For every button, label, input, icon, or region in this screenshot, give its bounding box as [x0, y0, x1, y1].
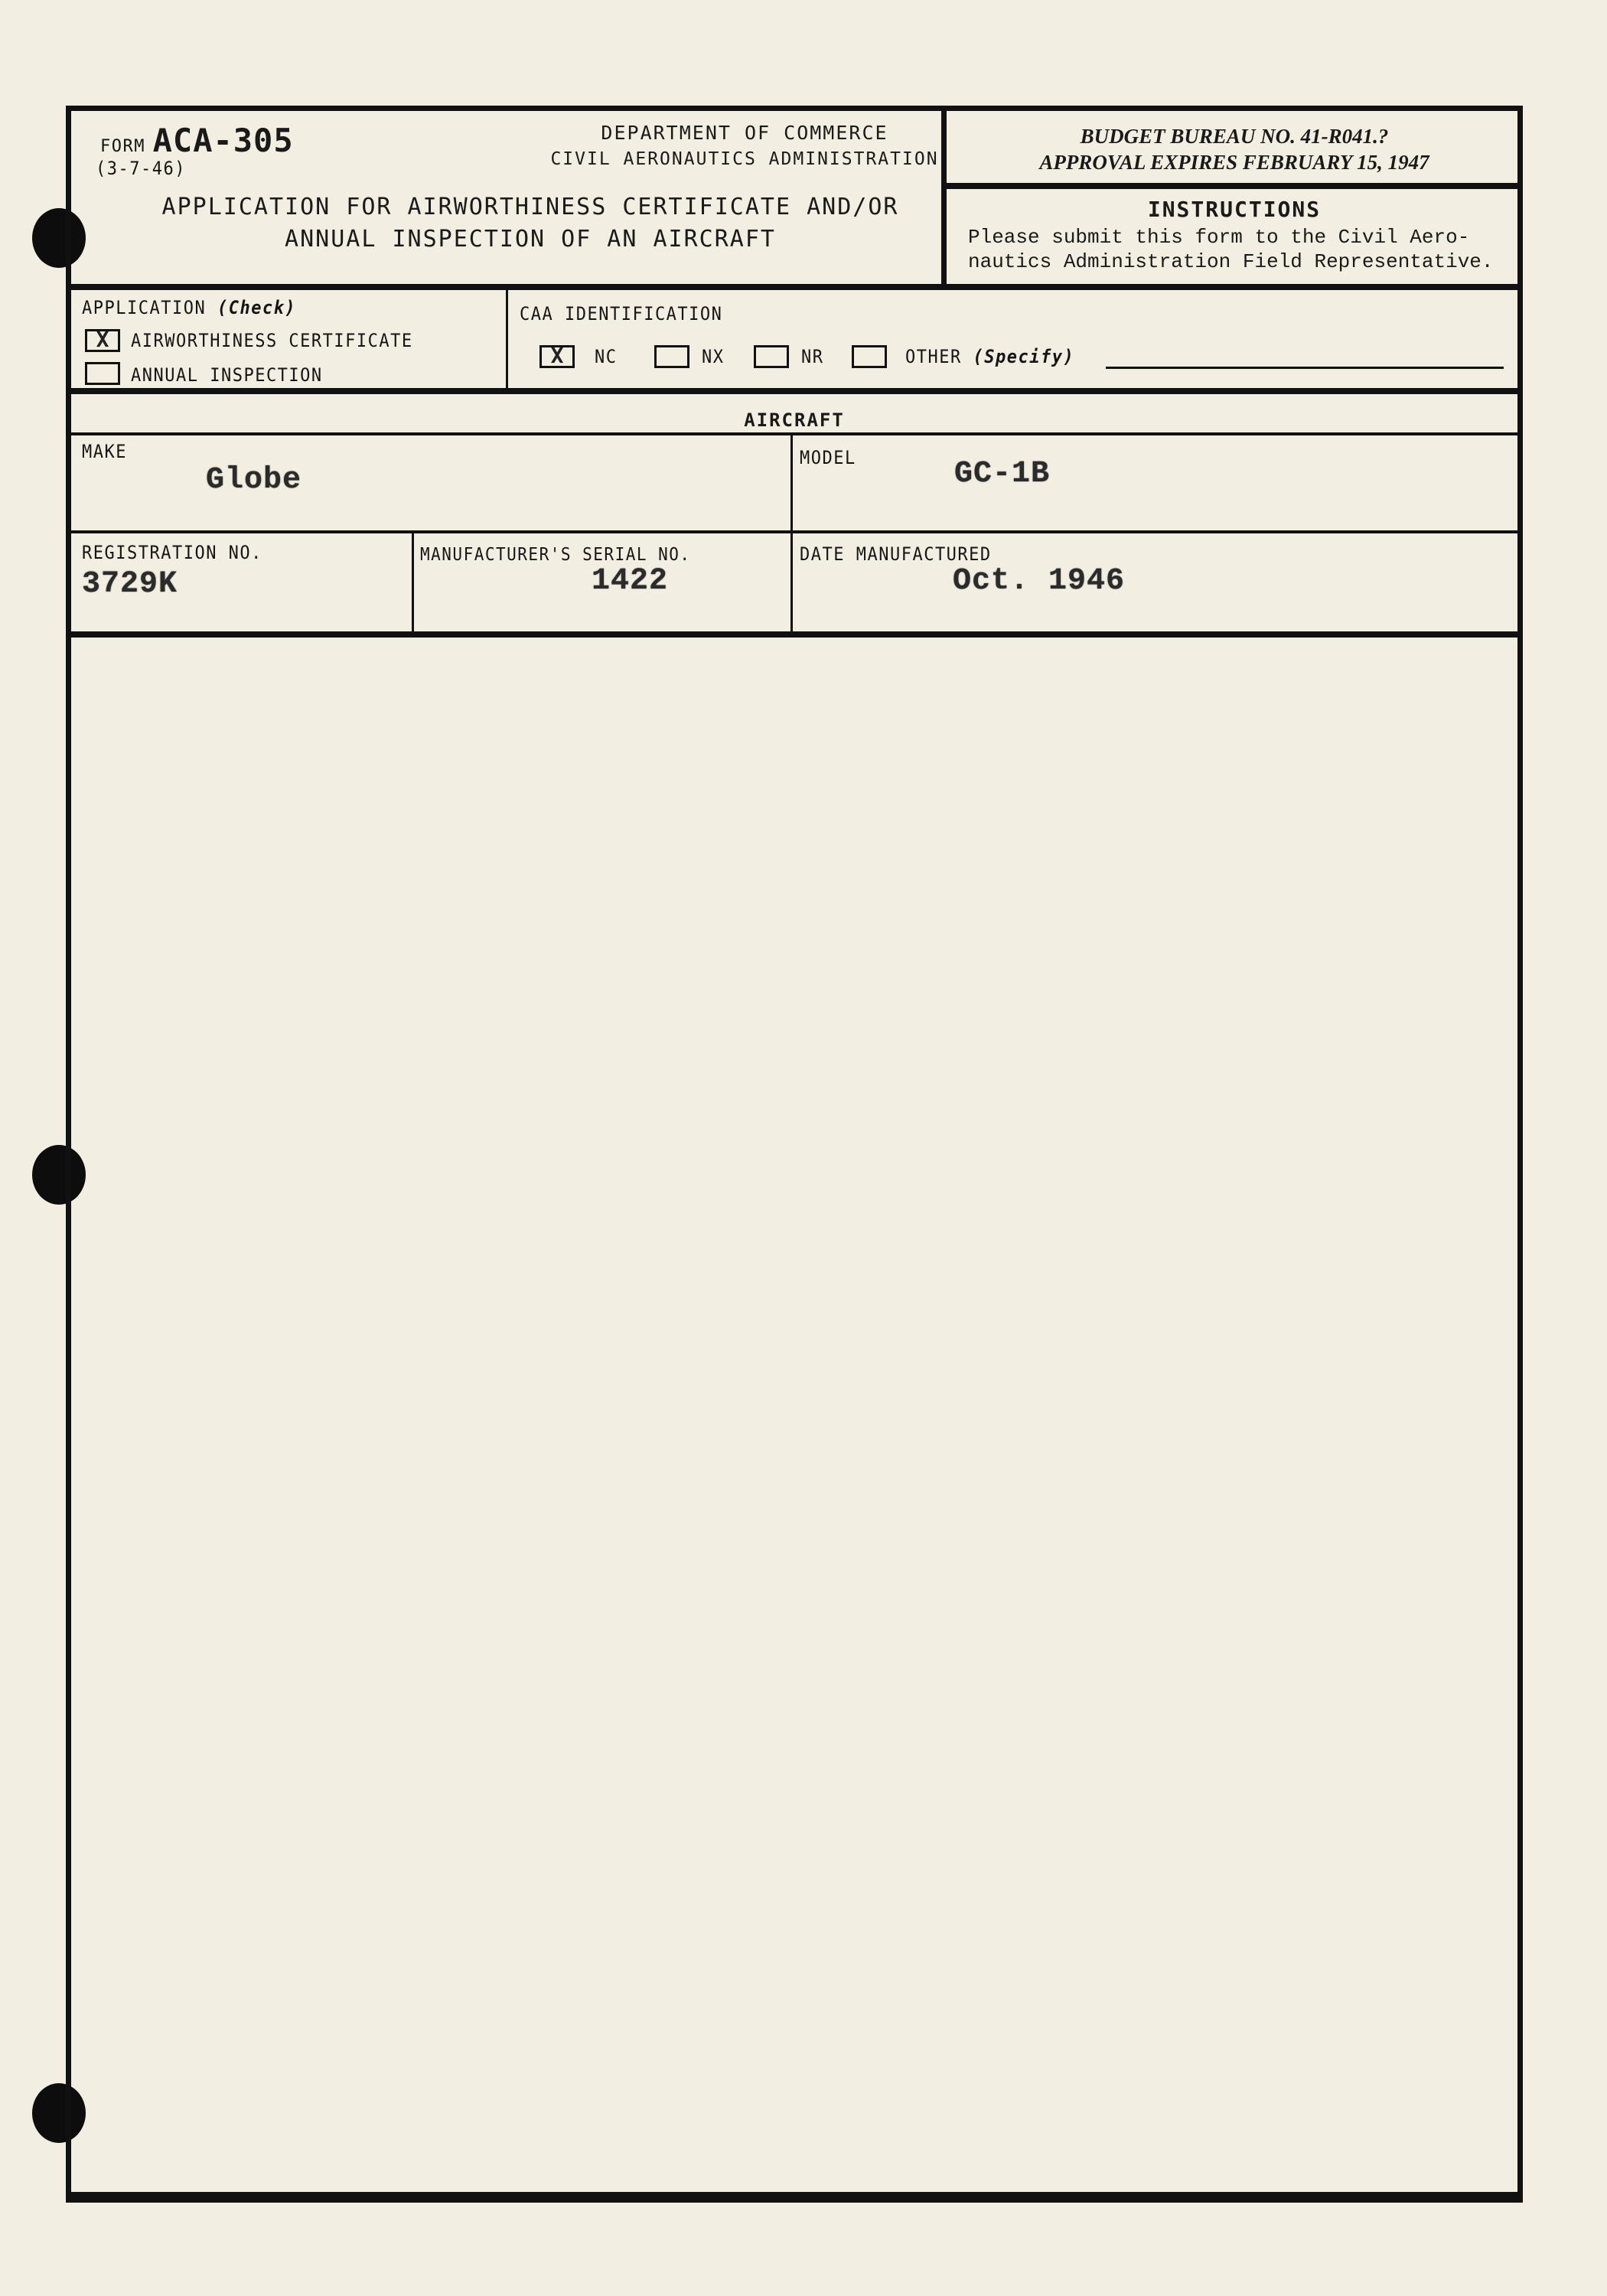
aircraft-make-value: Globe: [206, 463, 302, 497]
document-page: FORM ACA-305 (3-7-46) DEPARTMENT OF COMM…: [0, 0, 1607, 2296]
date-manufactured-value: Oct. 1946: [953, 564, 1125, 598]
registration-no-value: 3729K: [82, 567, 178, 602]
divider: [941, 111, 947, 289]
form-date: (3-7-46): [96, 158, 186, 180]
approval-expires: APPROVAL EXPIRES FEBRUARY 15, 1947: [951, 151, 1517, 174]
instructions-title: INSTRUCTIONS: [951, 197, 1517, 222]
annual-inspection-label: ANNUAL INSPECTION: [131, 365, 323, 386]
airworthiness-certificate-label: AIRWORTHINESS CERTIFICATE: [131, 331, 413, 352]
form-title-line2: ANNUAL INSPECTION OF AN AIRCRAFT: [117, 226, 944, 253]
annual-inspection-checkbox[interactable]: [85, 362, 120, 385]
other-label: OTHER (Specify): [905, 347, 1074, 368]
nr-checkbox[interactable]: [754, 345, 789, 368]
registration-no-label: REGISTRATION NO.: [82, 543, 262, 564]
divider: [71, 530, 1517, 533]
application-label: APPLICATION (Check): [82, 298, 296, 319]
divider: [71, 388, 1517, 394]
aircraft-model-value: GC-1B: [954, 457, 1050, 491]
form-id: FORM ACA-305: [100, 122, 294, 159]
nc-label: NC: [595, 347, 618, 368]
budget-bureau-no: BUDGET BUREAU NO. 41-R041.?: [951, 125, 1517, 148]
manufacturer-serial-label: MANUFACTURER'S SERIAL NO.: [420, 544, 691, 564]
caa-identification-label: CAA IDENTIFICATION: [520, 304, 722, 325]
agency: CIVIL AERONAUTICS ADMINISTRATION: [530, 149, 959, 169]
manufacturer-serial-value: 1422: [592, 564, 668, 598]
aircraft-make-label: MAKE: [82, 442, 127, 463]
other-checkbox[interactable]: [852, 345, 887, 368]
instructions-line1: Please submit this form to the Civil Aer…: [968, 226, 1469, 249]
nx-checkbox[interactable]: [654, 345, 689, 368]
nx-label: NX: [702, 347, 725, 368]
airworthiness-certificate-checkbox[interactable]: [85, 329, 120, 352]
divider: [71, 432, 1517, 435]
aircraft-section-title: AIRCRAFT: [71, 409, 1517, 431]
divider: [412, 530, 414, 634]
nr-label: NR: [801, 347, 824, 368]
form-number: ACA-305: [153, 122, 294, 159]
form-title-line1: APPLICATION FOR AIRWORTHINESS CERTIFICAT…: [117, 194, 944, 220]
divider: [941, 183, 1523, 189]
divider: [71, 631, 1517, 638]
divider: [71, 284, 1517, 290]
divider: [790, 432, 793, 634]
other-specify-field[interactable]: [1106, 367, 1504, 369]
divider: [506, 289, 508, 390]
instructions-line2: nautics Administration Field Representat…: [968, 250, 1494, 273]
date-manufactured-label: DATE MANUFACTURED: [800, 544, 992, 566]
form-aca-305: FORM ACA-305 (3-7-46) DEPARTMENT OF COMM…: [66, 106, 1523, 2203]
department: DEPARTMENT OF COMMERCE: [546, 122, 944, 144]
aircraft-model-label: MODEL: [800, 448, 856, 469]
nc-checkbox[interactable]: [539, 345, 575, 368]
